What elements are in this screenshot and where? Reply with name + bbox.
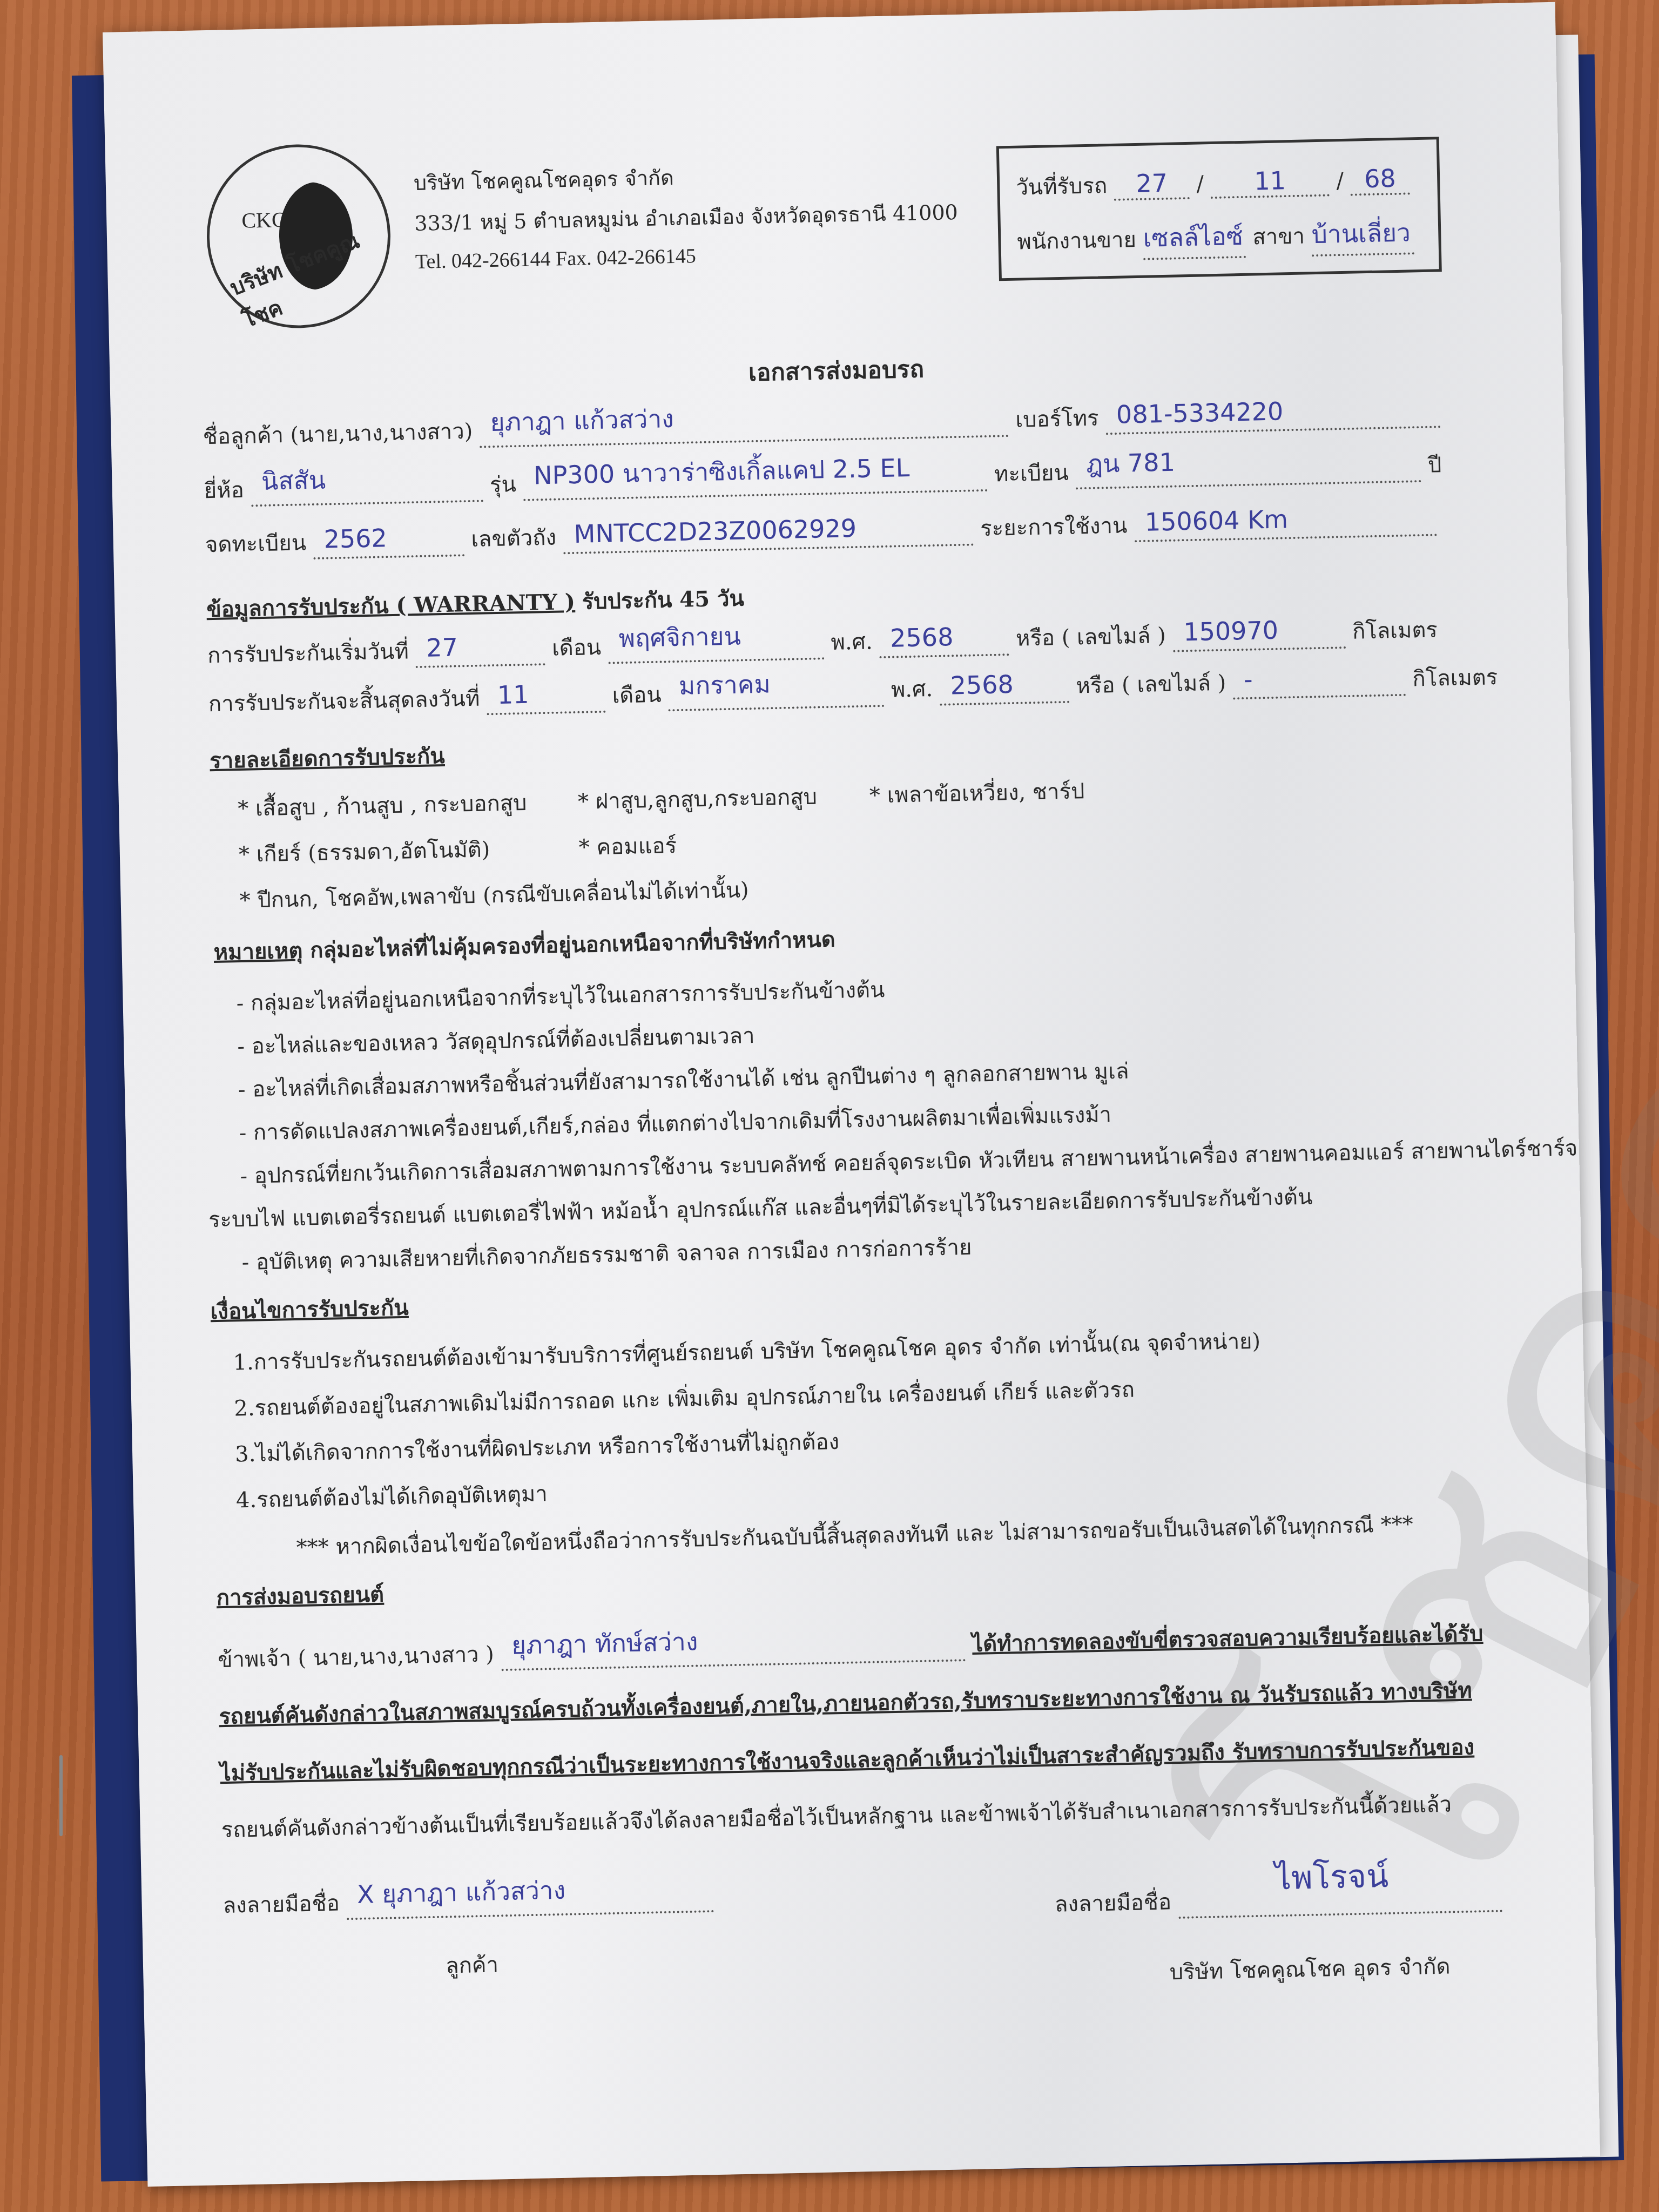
year-label: พ.ศ. <box>831 629 873 655</box>
model-label: รุ่น <box>489 472 516 497</box>
company-logo: CKC บริษัท โชคคูณโชค <box>205 143 392 330</box>
warranty-start-label: การรับประกันเริ่มวันที่ <box>207 639 409 668</box>
receipt-month[interactable]: 11 <box>1210 165 1330 199</box>
exclusion-item: - กลุ่มอะไหล่ที่อยู่นอกเหนือจากที่ระบุไว… <box>236 972 885 1020</box>
receipt-box: วันที่รับรถ 27 / 11 / 68 พนักงานขาย เซลล… <box>996 137 1442 281</box>
delivery-heading: การส่งมอบรถยนต์ <box>216 1577 385 1615</box>
km-label: กิโลเมตร <box>1352 617 1438 644</box>
customer-name-value[interactable]: ยุภาฎา แก้วสว่าง <box>490 399 674 442</box>
end-mile-label: หรือ ( เลขไมล์ ) <box>1076 671 1226 699</box>
mileage-value[interactable]: 150604 Km <box>1144 504 1288 537</box>
staple <box>59 1755 63 1836</box>
customer-signature[interactable]: X ยุภาฎา แก้วสว่าง <box>356 1871 566 1914</box>
exclusion-item: - การดัดแปลงสภาพเครื่องยนต์,เกียร์,กล่อง… <box>239 1097 1112 1150</box>
company-signature[interactable]: ไพโรจน์ <box>1274 1850 1389 1904</box>
brand-label: ยี่ห้อ <box>204 478 244 504</box>
warranty-end-mile[interactable]: - <box>1243 665 1253 694</box>
delivery-document: โชคคูณโชค CKC บริษัท โชคคูณโชค บริษัท โช… <box>103 2 1600 2187</box>
coverage-item: * เพลาข้อเหวี่ยง, ชาร์ป <box>869 773 1085 812</box>
company-name: บริษัท โชคคูณโชคอุดร จำกัด <box>413 161 674 199</box>
month-label: เดือน <box>552 635 602 661</box>
coverage-item: * ฝาสูบ,ลูกสูบ,กระบอกสูบ <box>577 779 817 819</box>
company-role: บริษัท โชคคูณโชค อุดร จำกัด <box>1169 1949 1451 1990</box>
exclusion-item: - อะไหล่ที่เกิดเสื่อมสภาพหรือชิ้นส่วนที่… <box>238 1054 1129 1107</box>
coverage-item: * เสื้อสูบ , ก้านสูบ , กระบอกสูบ <box>237 785 527 826</box>
receipt-year[interactable]: 68 <box>1350 163 1410 195</box>
mileage-label: ระยะการใช้งาน <box>980 513 1128 541</box>
plate-label: ทะเบียน <box>994 461 1069 487</box>
warranty-heading: ข้อมูลการรับประกัน ( WARRANTY ) <box>206 589 575 622</box>
receipt-day[interactable]: 27 <box>1114 168 1190 201</box>
brand-value[interactable]: นิสสัน <box>261 461 326 501</box>
phone-label: เบอร์โทร <box>1015 406 1099 433</box>
customer-role: ลูกค้า <box>445 1947 498 1982</box>
chassis-value[interactable]: MNTCC2D23Z0062929 <box>574 514 857 549</box>
plate-suffix: ปี <box>1428 453 1442 478</box>
registration-label: จดทะเบียน <box>205 530 306 557</box>
warranty-end-year[interactable]: 2568 <box>950 670 1014 700</box>
warranty-start-year[interactable]: 2568 <box>890 622 954 652</box>
warranty-end-label: การรับประกันจะสิ้นสุดลงวันที่ <box>208 686 480 717</box>
coverage-item: * ปีกนก, โชคอัพ,เพลาขับ (กรณีขับเคลื่อนไ… <box>239 872 749 918</box>
conditions-heading: เงื่อนไขการรับประกัน <box>210 1290 409 1329</box>
exclusion-note-label: หมายเหตุ <box>213 938 303 965</box>
chassis-label: เลขตัวถัง <box>471 525 557 552</box>
condition-item: 1.การรับประกันรถยนต์ต้องเข้ามารับบริการท… <box>233 1324 1261 1380</box>
model-value[interactable]: NP300 นาวาร่าซิงเกิ้ลแคป 2.5 EL <box>533 448 910 496</box>
condition-item: 2.รถยนต์ต้องอยู่ในสภาพเดิมไม่มีการถอด แก… <box>234 1372 1135 1426</box>
coverage-heading: รายละเอียดการรับประกัน <box>210 738 446 778</box>
condition-item: 4.รถยนต์ต้องไม่ได้เกิดอุบัติเหตุมา <box>235 1476 548 1517</box>
delivery-name-value[interactable]: ยุภาฎา ทักษ์สว่าง <box>511 1622 698 1665</box>
branch-label: สาขา <box>1252 224 1305 249</box>
plate-value[interactable]: ฎน 781 <box>1085 443 1175 484</box>
warranty-start-day[interactable]: 27 <box>426 632 458 662</box>
warranty-start-month[interactable]: พฤศจิกายน <box>618 617 741 659</box>
coverage-item: * คอมแอร์ <box>578 828 677 865</box>
end-month-label: เดือน <box>612 683 662 709</box>
end-year-label: พ.ศ. <box>891 677 933 703</box>
delivery-intro-label: ข้าพเจ้า ( นาย,นาง,นางสาว ) <box>218 1642 495 1673</box>
mile-label: หรือ ( เลขไมล์ ) <box>1016 623 1166 651</box>
end-km-label: กิโลเมตร <box>1412 665 1498 691</box>
coverage-item: * เกียร์ (ธรรมดา,อัตโนมัติ) <box>238 832 490 872</box>
warranty-duration: รับประกัน 45 วัน <box>582 585 744 614</box>
company-address: 333/1 หมู่ 5 ตำบลหมูม่น อำเภอเมือง จังหว… <box>414 195 958 240</box>
customer-name-label: ชื่อลูกค้า (นาย,นาง,นางสาว) <box>203 419 473 449</box>
exclusion-heading: กลุ่มอะไหล่ที่ไม่คุ้มครองที่อยู่นอกเหนือ… <box>310 927 835 963</box>
phone-value[interactable]: 081-5334220 <box>1116 396 1283 429</box>
customer-sign-label: ลงลายมือชื่อ <box>222 1891 340 1919</box>
exclusion-item: - อะไหล่และของเหลว วัสดุอุปกรณ์ที่ต้องเป… <box>237 1018 756 1063</box>
condition-item: 3.ไม่ได้เกิดจากการใช้งานที่ผิดประเภท หรื… <box>235 1424 840 1471</box>
warranty-end-month[interactable]: มกราคม <box>678 664 771 706</box>
company-contact: Tel. 042-266144 Fax. 042-266145 <box>415 244 697 274</box>
sales-value[interactable]: เซลล์ไอซ์ <box>1143 217 1246 260</box>
receipt-date-label: วันที่รับรถ <box>1016 173 1108 200</box>
registration-value[interactable]: 2562 <box>323 523 387 554</box>
document-title: เอกสารส่งมอบรถ <box>110 337 1563 405</box>
delivery-text: ได้ทำการทดลองขับขี่ตรวจสอบความเรียบร้อยแ… <box>972 1621 1483 1657</box>
exclusion-item: - อุบัติเหตุ ความเสียหายที่เกิดจากภัยธรร… <box>241 1230 972 1279</box>
sales-label: พนักงานขาย <box>1017 227 1136 255</box>
warranty-start-mile[interactable]: 150970 <box>1183 616 1279 647</box>
branch-value[interactable]: บ้านเลี่ยว <box>1311 213 1415 257</box>
company-sign-label: ลงลายมือชื่อ <box>1055 1890 1172 1917</box>
warranty-end-day[interactable]: 11 <box>497 680 529 710</box>
